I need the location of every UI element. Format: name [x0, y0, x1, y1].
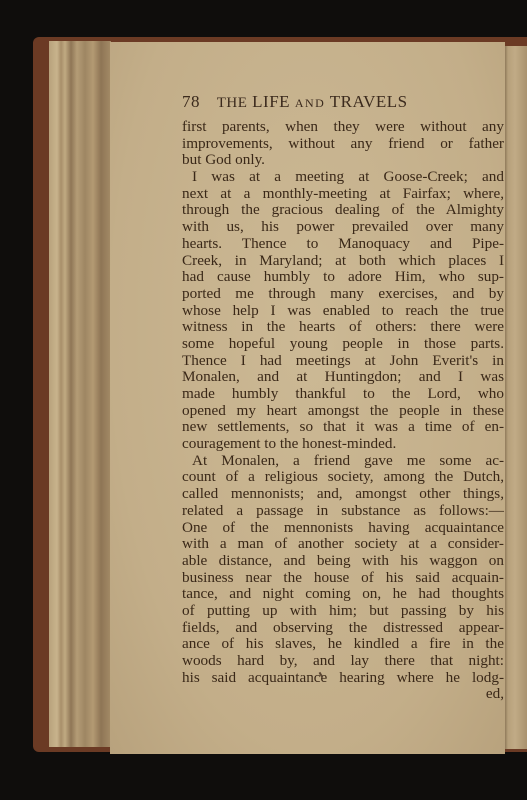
header-the: The: [217, 92, 248, 111]
text-line: with a man of another society at a consi…: [182, 536, 504, 553]
text-line: able distance, and being with his waggon…: [182, 553, 504, 570]
text-line: next at a monthly-meeting at Fairfax; wh…: [182, 186, 504, 203]
text-line: with us, his power prevailed over many: [182, 219, 504, 236]
running-header: 78 The LIFE and TRAVELS: [182, 92, 472, 112]
text-line: first parents, when they were without an…: [182, 119, 504, 136]
text-line: related a passage in substance as follow…: [182, 503, 504, 520]
text-line: hearts. Thence to Manoquacy and Pipe-: [182, 236, 504, 253]
text-line: but God only.: [182, 152, 504, 169]
text-line: One of the mennonists having acquaintanc…: [182, 520, 504, 537]
text-line: count of a religious society, among the …: [182, 469, 504, 486]
text-line: made humbly thankful to the Lord, who: [182, 386, 504, 403]
page-number: 78: [182, 92, 200, 111]
text-line: fields, and observing the distressed app…: [182, 620, 504, 637]
text-line: ance of his slaves, he kindled a fire in…: [182, 636, 504, 653]
text-line: his said acquaintance hearing where he l…: [182, 670, 504, 687]
text-line: some hopeful young people in those parts…: [182, 336, 504, 353]
text-line: business near the house of his said acqu…: [182, 570, 504, 587]
text-line: Thence I had meetings at John Everit's i…: [182, 353, 504, 370]
text-line: new settlements, so that it was a time o…: [182, 419, 504, 436]
text-line: through the gracious dealing of the Almi…: [182, 202, 504, 219]
text-line: I was at a meeting at Goose-Creek; and: [182, 169, 504, 186]
text-line: Monalen, and at Huntingdon; and I was: [182, 369, 504, 386]
header-life: LIFE: [252, 92, 290, 111]
catchword: ed,: [182, 686, 504, 703]
text-line: improvements, without any friend or fath…: [182, 136, 504, 153]
text-line: called mennonists; and, amongst other th…: [182, 486, 504, 503]
text-line: witness in the hearts of others: there w…: [182, 319, 504, 336]
text-line: opened my heart amongst the people in th…: [182, 403, 504, 420]
text-line: ported me through many exercises, and by: [182, 286, 504, 303]
text-line: of putting up with him; but passing by h…: [182, 603, 504, 620]
header-travels: TRAVELS: [330, 92, 408, 111]
adjacent-page-edge: [505, 46, 527, 749]
text-line: woods hard by, and lay there that night:: [182, 653, 504, 670]
page-block-edge: [49, 41, 111, 747]
text-line: tance, and night coming on, he had thoug…: [182, 586, 504, 603]
text-line: couragement to the honest-minded.: [182, 436, 504, 453]
text-line: At Monalen, a friend gave me some ac-: [182, 453, 504, 470]
header-and: and: [295, 96, 326, 110]
text-line: had cause humbly to adore Him, who sup-: [182, 269, 504, 286]
text-line: whose help I was enabled to reach the tr…: [182, 303, 504, 320]
text-line: Creek, in Maryland; at both which places…: [182, 253, 504, 270]
body-text: first parents, when they were without an…: [182, 119, 504, 703]
